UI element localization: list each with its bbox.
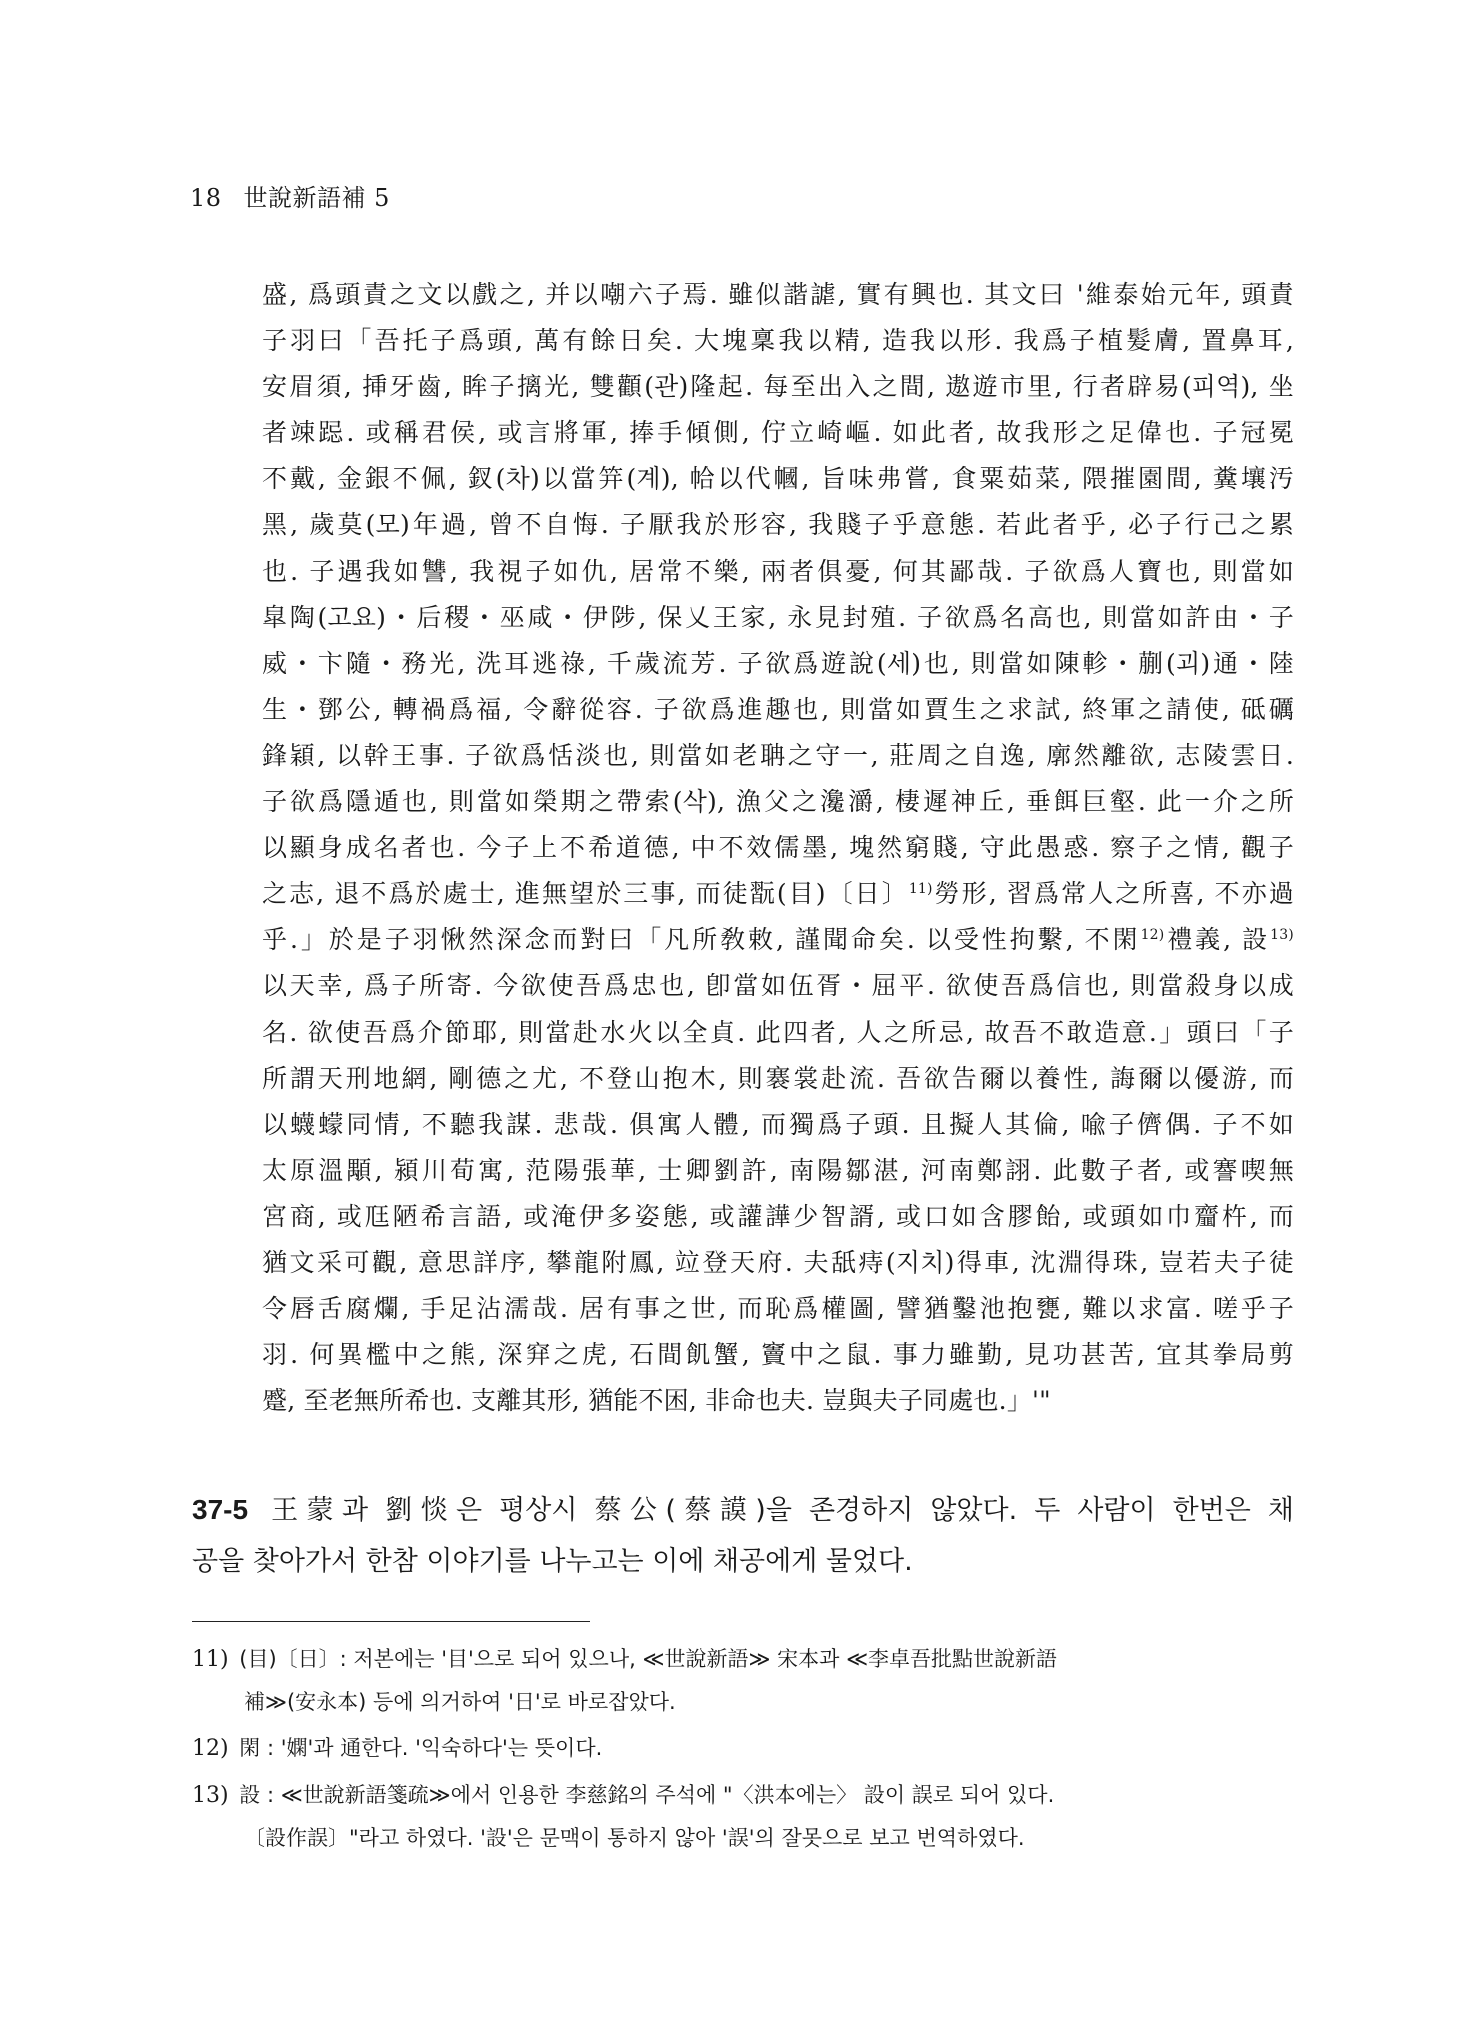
text-line: 子羽曰「吾托子爲頭, 萬有餘日矣. 大塊稟我以精, 造我以形. 我爲子植髮膚, … xyxy=(262,318,1294,364)
section-number: 37-5 xyxy=(192,1494,248,1525)
footnote-ref-11[interactable]: 11) xyxy=(909,881,933,897)
text-line-with-footnote: 乎.」於是子羽愀然深念而對曰「凡所敎敕, 謹聞命矣. 以受性拘繫, 不閑12)禮… xyxy=(262,917,1294,963)
text-line: 黑, 歲莫(모)年過, 曾不自悔. 子厭我於形容, 我賤子乎意態. 若此者乎, … xyxy=(262,502,1294,548)
footnote-line: 〔設作誤〕"라고 하였다. '設'은 문맥이 통하지 않아 '誤'의 잘못으로 … xyxy=(192,1817,1294,1859)
footnote-line: 13) 設 : ≪世說新語箋疏≫에서 인용한 李慈銘의 주석에 "〈洪本에는〉 … xyxy=(192,1774,1294,1817)
text-line: 所謂天刑地網, 剛德之尤, 不登山抱木, 則褰裳赴流. 吾欲告爾以養性, 誨爾以… xyxy=(262,1056,1294,1102)
footnote-text: (目)〔日〕: 저본에는 '目'으로 되어 있으나, ≪世說新語≫ 宋本과 ≪李… xyxy=(239,1647,1057,1671)
text-line: 安眉須, 挿牙齒, 眸子摛光, 雙顴(관)隆起. 每至出入之間, 遨遊市里, 行… xyxy=(262,364,1294,410)
text-line: 宮商, 或尫陋希言語, 或淹伊多姿態, 或讙譁少智諝, 或口如含膠飴, 或頭如巾… xyxy=(262,1194,1294,1240)
text-line: 猶文采可觀, 意思詳序, 攀龍附鳳, 竝登天府. 夫舐痔(지치)得車, 沈淵得珠… xyxy=(262,1240,1294,1286)
text-line: 也. 子遇我如讐, 我視子如仇, 居常不樂, 兩者俱憂, 何其鄙哉. 子欲爲人寶… xyxy=(262,549,1294,595)
footnote-number: 12) xyxy=(192,1736,229,1761)
text-segment: 之志, 退不爲於處士, 進無望於三事, 而徒翫(目)〔日〕 xyxy=(262,879,909,908)
running-header: 18世說新語補 5 xyxy=(190,178,390,213)
footnote-ref-12[interactable]: 12) xyxy=(1141,927,1165,943)
text-line: 不戴, 金銀不佩, 釵(차)以當笄(계), 帢以代幗, 旨味弗嘗, 食粟茹菜, … xyxy=(262,456,1294,502)
text-line: 令唇舌腐爛, 手足沾濡哉. 居有事之世, 而恥爲權圖, 譬猶鑿池抱甕, 難以求富… xyxy=(262,1286,1294,1332)
text-line: 盛, 爲頭責之文以戲之, 并以嘲六子焉. 雖似諧謔, 實有興也. 其文曰 '維泰… xyxy=(262,272,1294,318)
text-line-with-footnote: 之志, 退不爲於處士, 進無望於三事, 而徒翫(目)〔日〕11)勞形, 習爲常人… xyxy=(262,871,1294,917)
text-segment: 勞形, 習爲常人之所喜, 不亦過 xyxy=(933,879,1294,908)
section-text: 王蒙과 劉惔은 평상시 蔡公(蔡謨)을 존경하지 않았다. 두 사람이 한번은 … xyxy=(271,1495,1294,1526)
footnote-ref-13[interactable]: 13) xyxy=(1270,927,1294,943)
footnote-12: 12) 閑 : '嫻'과 通한다. '익숙하다'는 뜻이다. xyxy=(192,1727,1294,1770)
text-segment: 乎.」於是子羽愀然深念而對曰「凡所敎敕, 謹聞命矣. 以受性拘繫, 不閑 xyxy=(262,925,1141,954)
text-line: 以顯身成名者也. 今子上不希道德, 中不效儒墨, 塊然窮賤, 守此愚惑. 察子之… xyxy=(262,825,1294,871)
text-line: 羽. 何異檻中之熊, 深穽之虎, 石間飢蟹, 竇中之鼠. 事力雖勤, 見功甚苦,… xyxy=(262,1332,1294,1378)
footnote-number: 11) xyxy=(192,1647,229,1672)
footnote-text: 設 : ≪世說新語箋疏≫에서 인용한 李慈銘의 주석에 "〈洪本에는〉 設이 誤… xyxy=(239,1783,1054,1807)
footnotes: 11) (目)〔日〕: 저본에는 '目'으로 되어 있으나, ≪世說新語≫ 宋本… xyxy=(192,1638,1294,1863)
text-line: 生・鄧公, 轉禍爲福, 令辭從容. 子欲爲進趣也, 則當如賈生之求試, 終軍之請… xyxy=(262,687,1294,733)
footnote-text: 閑 : '嫻'과 通한다. '익숙하다'는 뜻이다. xyxy=(239,1736,602,1760)
footnote-line: 12) 閑 : '嫻'과 通한다. '익숙하다'는 뜻이다. xyxy=(192,1727,1294,1770)
section-37-5: 37-5 王蒙과 劉惔은 평상시 蔡公(蔡謨)을 존경하지 않았다. 두 사람이… xyxy=(192,1484,1294,1588)
quoted-classical-text: 盛, 爲頭責之文以戲之, 并以嘲六子焉. 雖似諧謔, 實有興也. 其文曰 '維泰… xyxy=(262,272,1294,1424)
page-number: 18 xyxy=(190,184,222,212)
text-line: 蹙, 至老無所希也. 支離其形, 猶能不困, 非命也夫. 豈與夫子同處也.」'" xyxy=(262,1378,1294,1424)
book-title: 世說新語補 5 xyxy=(244,184,390,212)
text-segment: 禮義, 設 xyxy=(1164,925,1270,954)
section-line: 공을 찾아가서 한참 이야기를 나누고는 이에 채공에게 물었다. xyxy=(192,1536,1294,1588)
footnote-divider xyxy=(192,1621,590,1622)
text-line: 者竦跽. 或稱君侯, 或言將軍, 捧手傾側, 佇立崎嶇. 如此者, 故我形之足偉… xyxy=(262,410,1294,456)
footnote-13: 13) 設 : ≪世說新語箋疏≫에서 인용한 李慈銘의 주석에 "〈洪本에는〉 … xyxy=(192,1774,1294,1859)
footnote-11: 11) (目)〔日〕: 저본에는 '目'으로 되어 있으나, ≪世說新語≫ 宋本… xyxy=(192,1638,1294,1723)
text-line: 名. 欲使吾爲介節耶, 則當赴水火以全貞. 此四者, 人之所忌, 故吾不敢造意.… xyxy=(262,1010,1294,1056)
footnote-line: 補≫(安永本) 등에 의거하여 '日'로 바로잡았다. xyxy=(192,1681,1294,1723)
text-line: 鋒穎, 以幹王事. 子欲爲恬淡也, 則當如老聃之守一, 莊周之自逸, 廓然離欲,… xyxy=(262,733,1294,779)
text-line: 威・卞隨・務光, 洗耳逃祿, 千歲流芳. 子欲爲遊說(세)也, 則當如陳軫・蒯(… xyxy=(262,641,1294,687)
text-line: 皐陶(고요)・后稷・巫咸・伊陟, 保乂王家, 永見封殖. 子欲爲名高也, 則當如… xyxy=(262,595,1294,641)
text-line: 以蠛蠓同情, 不聽我謀. 悲哉. 俱寓人體, 而獨爲子頭. 且擬人其倫, 喩子儕… xyxy=(262,1102,1294,1148)
text-line: 太原溫顒, 潁川荀寓, 范陽張華, 士卿劉許, 南陽鄒湛, 河南鄭詡. 此數子者… xyxy=(262,1148,1294,1194)
footnote-line: 11) (目)〔日〕: 저본에는 '目'으로 되어 있으나, ≪世說新語≫ 宋本… xyxy=(192,1638,1294,1681)
footnote-number: 13) xyxy=(192,1783,229,1808)
section-line: 37-5 王蒙과 劉惔은 평상시 蔡公(蔡謨)을 존경하지 않았다. 두 사람이… xyxy=(192,1484,1294,1536)
text-line: 子欲爲隱遁也, 則當如榮期之帶索(삭), 漁父之瀺灂, 棲遲神丘, 垂餌巨壑. … xyxy=(262,779,1294,825)
text-line: 以天幸, 爲子所寄. 今欲使吾爲忠也, 卽當如伍胥・屈平. 欲使吾爲信也, 則當… xyxy=(262,963,1294,1009)
